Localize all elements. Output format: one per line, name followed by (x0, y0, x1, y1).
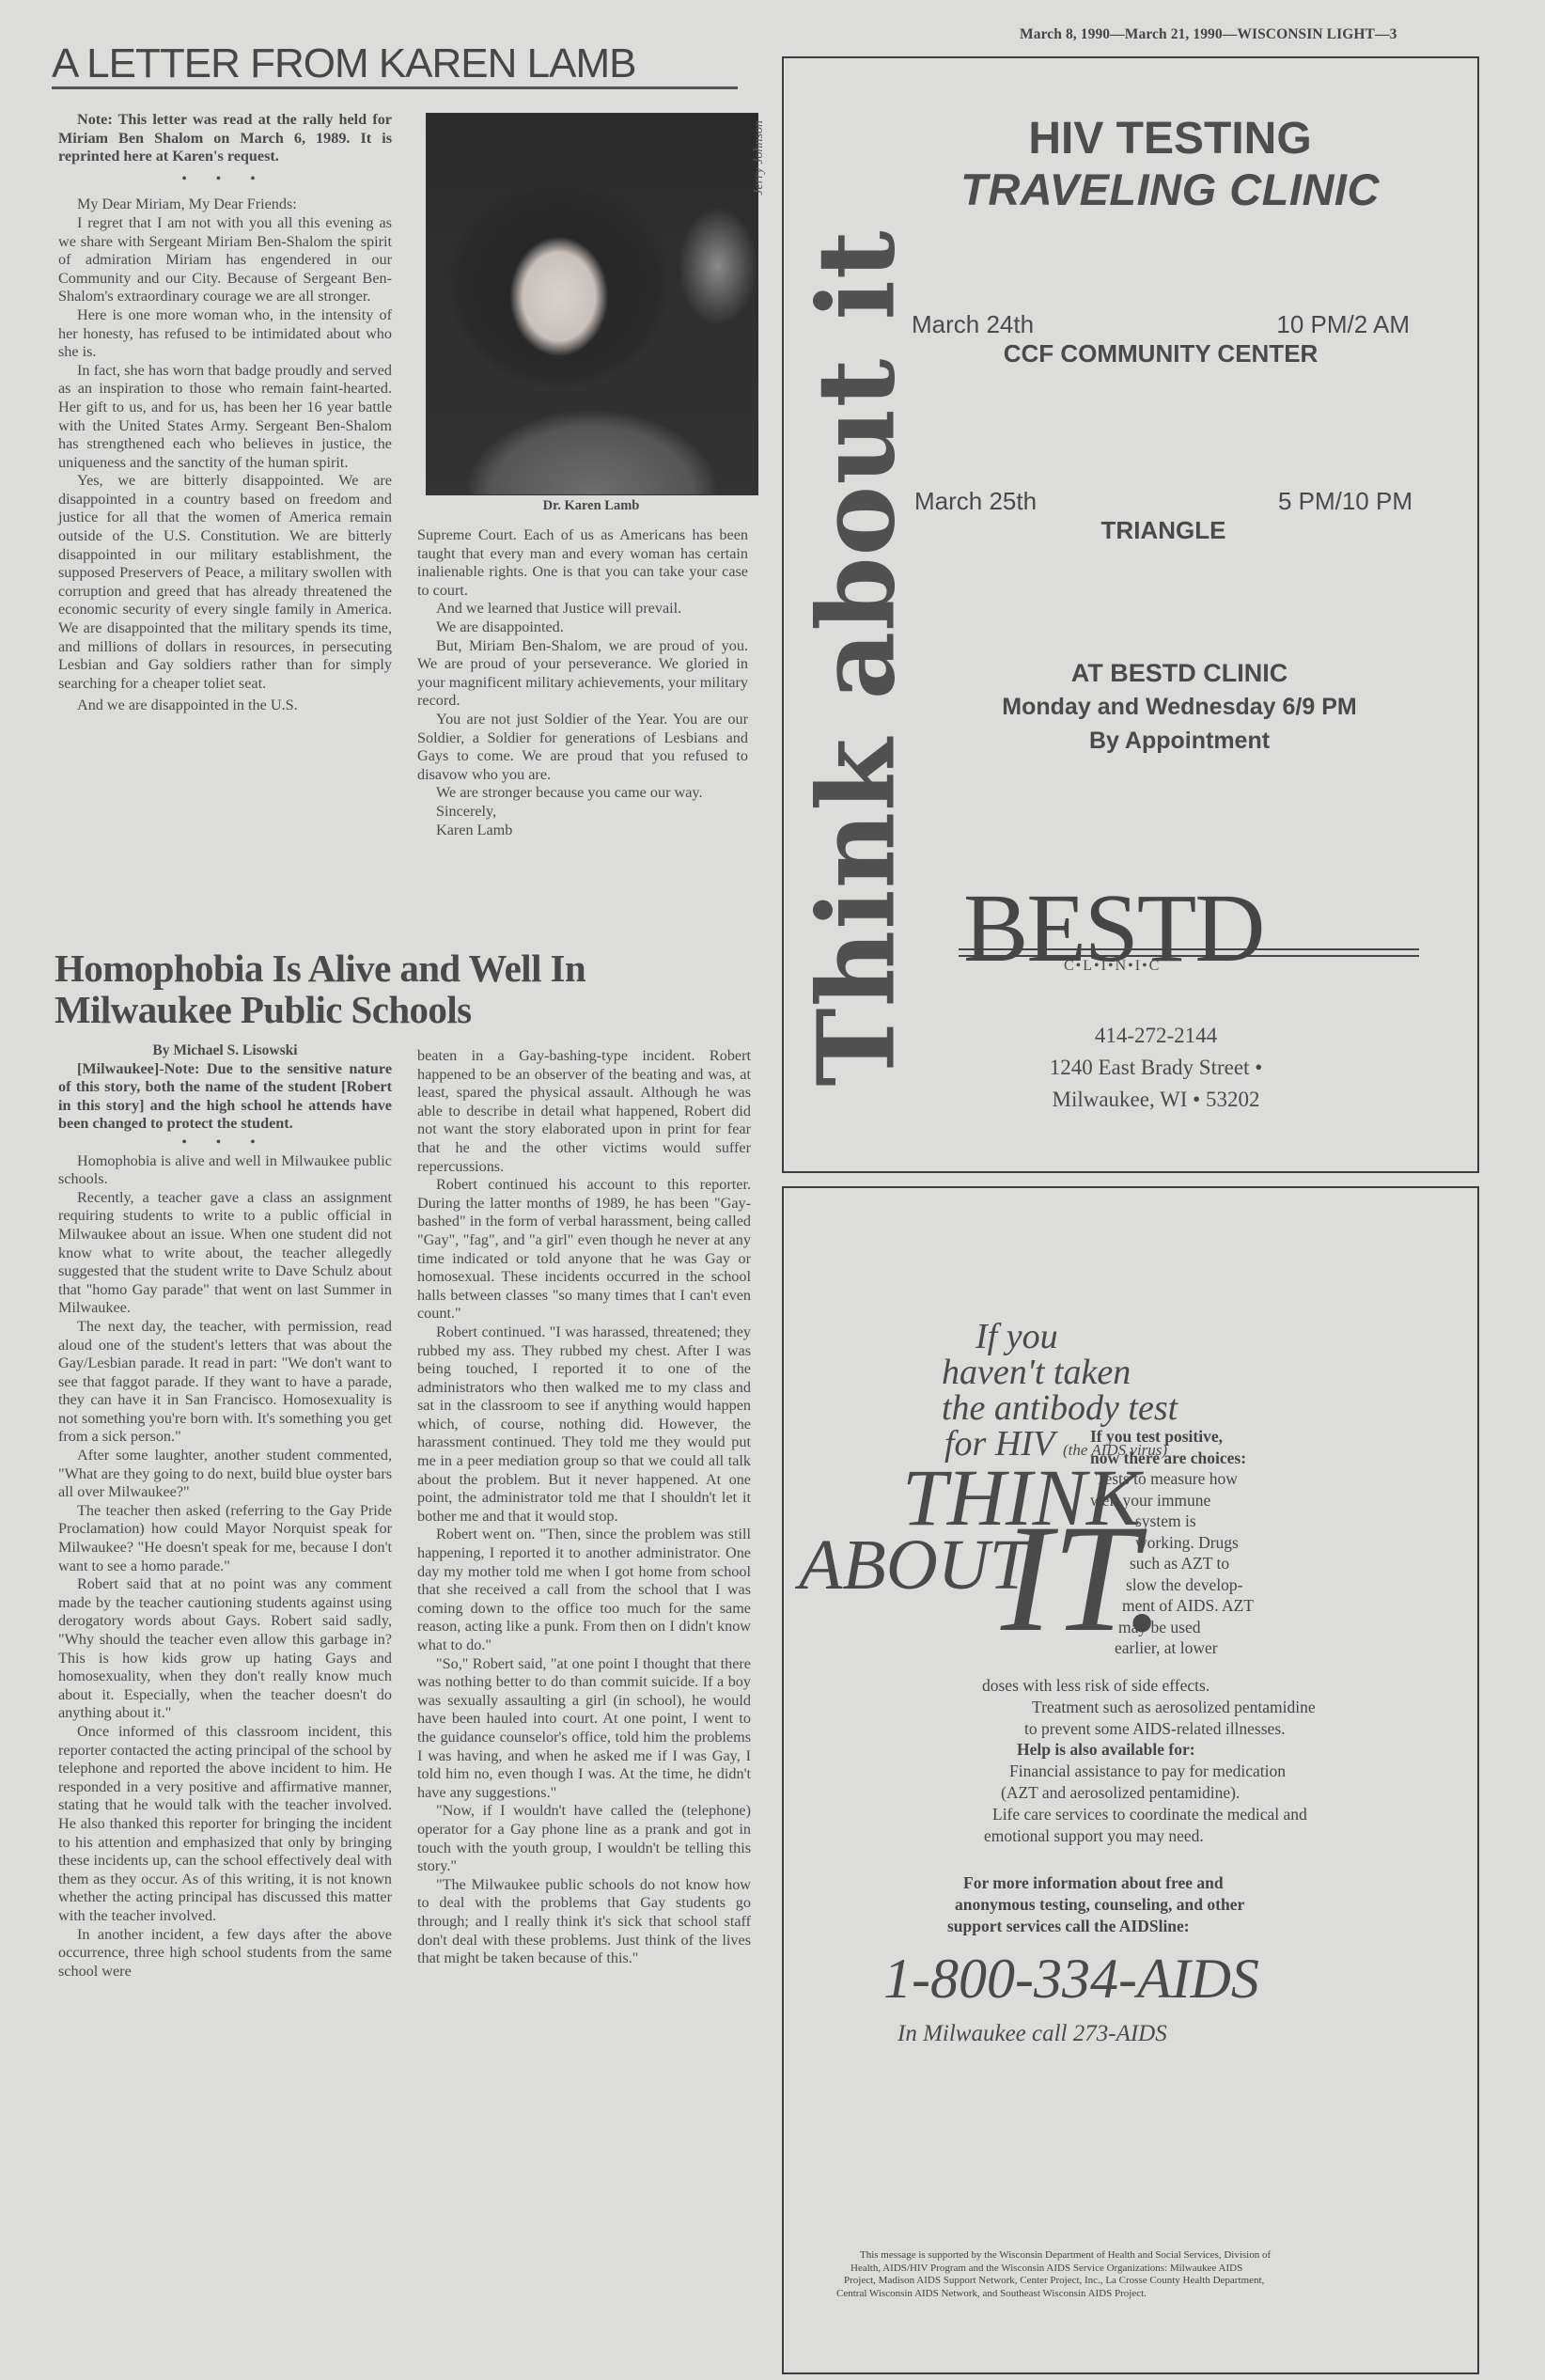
letter-column-2: Supreme Court. Each of us as Americans h… (417, 526, 748, 839)
karen-lamb-photo (426, 113, 758, 495)
event-time: 10 PM/2 AM (1276, 310, 1410, 339)
info-line: For more information about free and (893, 1872, 1363, 1894)
event-location: CCF COMMUNITY CENTER (912, 339, 1410, 368)
article-paragraph: Robert said that at no point was any com… (58, 1575, 392, 1723)
help-line: emotional support you may need. (893, 1825, 1475, 1847)
question-line: the antibody test (893, 1390, 1212, 1426)
sponsor-line: Project, Madison AIDS Support Network, C… (836, 2275, 1457, 2288)
help-line: (AZT and aerosolized pentamidine). (893, 1782, 1475, 1804)
article-paragraph: The next day, the teacher, with permissi… (58, 1318, 392, 1447)
bestd-address-line2: Milwaukee, WI • 53202 (940, 1084, 1372, 1116)
sponsor-note: This message is supported by the Wiscons… (836, 2249, 1457, 2300)
article-headline: Homophobia Is Alive and Well In Milwauke… (55, 947, 769, 1030)
choice-line: working. Drugs (1090, 1532, 1485, 1554)
bestd-phone: 414-272-2144 (940, 1020, 1372, 1052)
sponsor-line: This message is supported by the Wiscons… (836, 2249, 1457, 2263)
positive-heading: now there are choices: (1090, 1448, 1485, 1469)
letter-paragraph: And we are disappointed in the U.S. (58, 697, 392, 715)
choice-line: system is (1090, 1511, 1485, 1532)
help-line: Life care services to coordinate the med… (893, 1804, 1475, 1825)
clinic-appointment-note: By Appointment (930, 724, 1428, 758)
letter-paragraph: I regret that I am not with you all this… (58, 214, 392, 306)
event-time: 5 PM/10 PM (1278, 487, 1412, 516)
hiv-ad-subtitle: TRAVELING CLINIC (930, 165, 1410, 214)
body-line: to prevent some AIDS-related illnesses. (893, 1718, 1475, 1740)
milwaukee-hotline: In Milwaukee call 273-AIDS (897, 2021, 1167, 2047)
page-header: March 8, 1990—March 21, 1990—WISCONSIN L… (1020, 26, 1397, 43)
bestd-contact: 414-272-2144 1240 East Brady Street • Mi… (940, 1020, 1372, 1116)
letter-note: Note: This letter was read at the rally … (58, 111, 392, 166)
letter-paragraph: We are stronger because you came our way… (417, 784, 748, 803)
body-line: Treatment such as aerosolized pentamidin… (893, 1697, 1475, 1718)
article-paragraph: Robert continued his account to this rep… (417, 1176, 751, 1323)
vertical-slogan: Think about it (796, 229, 919, 1086)
info-line: anonymous testing, counseling, and other (893, 1894, 1363, 1916)
body-line: doses with less risk of side effects. (893, 1675, 1475, 1697)
bestd-address-line1: 1240 East Brady Street • (940, 1052, 1372, 1084)
think-about-it-vertical: Think about it (791, 132, 932, 1166)
letter-paragraph: We are disappointed. (417, 618, 748, 637)
letter-paragraph: But, Miriam Ben-Shalom, we are proud of … (417, 637, 748, 711)
choice-line: may be used (1090, 1617, 1485, 1638)
bestd-clinic-hours: AT BESTD CLINIC Monday and Wednesday 6/9… (930, 656, 1428, 758)
logo-rule (959, 948, 1419, 950)
logo-rule (959, 955, 1419, 957)
bestd-logo: BESTD C•L•I•N•I•C (959, 888, 1419, 992)
letter-paragraph: My Dear Miriam, My Dear Friends: (58, 196, 392, 214)
bestd-clinic-label: C•L•I•N•I•C (1064, 958, 1161, 975)
article-column-2: beaten in a Gay-bashing-type incident. R… (417, 1047, 751, 1968)
letter-paragraph: And we learned that Justice will prevail… (417, 600, 748, 618)
separator: • • • (58, 1134, 392, 1152)
help-line: Financial assistance to pay for medicati… (893, 1761, 1475, 1782)
choice-line: ment of AIDS. AZT (1090, 1595, 1485, 1617)
aids-hotline-number: 1-800-334-AIDS (883, 1946, 1259, 2012)
positive-heading: If you test positive, (1090, 1426, 1485, 1448)
about-word: ABOUT (799, 1527, 1029, 1603)
article-paragraph: After some laughter, another student com… (58, 1447, 392, 1502)
aidsline-info: For more information about free and anon… (893, 1872, 1363, 1936)
question-line: haven't taken (893, 1354, 1212, 1390)
separator: • • • (58, 170, 392, 189)
choice-line: earlier, at lower (1090, 1637, 1485, 1659)
letter-paragraph: Yes, we are bitterly disappointed. We ar… (58, 472, 392, 693)
article-paragraph: Recently, a teacher gave a class an assi… (58, 1189, 392, 1318)
letter-paragraph: In fact, she has worn that badge proudly… (58, 362, 392, 473)
article-paragraph: Once informed of this classroom incident… (58, 1723, 392, 1926)
treatment-block: doses with less risk of side effects. Tr… (893, 1675, 1475, 1846)
sponsor-line: Central Wisconsin AIDS Network, and Sout… (836, 2288, 1457, 2301)
article-column-1: By Michael S. Lisowski [Milwaukee]-Note:… (58, 1041, 392, 1981)
help-heading: Help is also available for: (893, 1739, 1475, 1761)
hiv-ad-title: HIV TESTING (940, 115, 1400, 164)
choice-line: such as AZT to (1090, 1553, 1485, 1574)
letter-title: A LETTER FROM KAREN LAMB (52, 41, 738, 89)
event-2: March 25th 5 PM/10 PM TRIANGLE (914, 487, 1412, 545)
choice-line: well your immune (1090, 1490, 1485, 1511)
letter-paragraph: You are not just Soldier of the Year. Yo… (417, 711, 748, 784)
event-date: March 24th (912, 310, 1034, 339)
choice-line: Tests to measure how (1090, 1468, 1485, 1490)
event-1: March 24th 10 PM/2 AM CCF COMMUNITY CENT… (912, 310, 1410, 368)
editor-note: [Milwaukee]-Note: Due to the sensitive n… (58, 1060, 392, 1134)
info-line: support services call the AIDSline: (893, 1916, 1363, 1937)
article-paragraph: "So," Robert said, "at one point I thoug… (417, 1655, 751, 1803)
sponsor-line: Health, AIDS/HIV Program and the Wiscons… (836, 2263, 1457, 2276)
clinic-heading: AT BESTD CLINIC (930, 656, 1428, 690)
letter-signature: Karen Lamb (417, 822, 748, 840)
photo-caption: Dr. Karen Lamb (426, 498, 757, 514)
letter-paragraph: Supreme Court. Each of us as Americans h… (417, 526, 748, 600)
question-line: If you (893, 1319, 1212, 1354)
article-paragraph: Robert went on. "Then, since the problem… (417, 1526, 751, 1654)
choice-line: slow the develop- (1090, 1574, 1485, 1596)
article-paragraph: Robert continued. "I was harassed, threa… (417, 1323, 751, 1527)
letter-paragraph: Here is one more woman who, in the inten… (58, 306, 392, 362)
photo-credit: Jerry Johnson (752, 120, 767, 196)
event-location: TRIANGLE (914, 516, 1412, 545)
clinic-hours: Monday and Wednesday 6/9 PM (930, 690, 1428, 724)
article-paragraph: The teacher then asked (referring to the… (58, 1502, 392, 1575)
letter-signoff: Sincerely, (417, 803, 748, 822)
event-date: March 25th (914, 487, 1037, 516)
article-paragraph: beaten in a Gay-bashing-type incident. R… (417, 1047, 751, 1176)
letter-column-1: Note: This letter was read at the rally … (58, 111, 392, 715)
article-byline: By Michael S. Lisowski (58, 1041, 392, 1060)
article-paragraph: Homophobia is alive and well in Milwauke… (58, 1152, 392, 1189)
article-paragraph: In another incident, a few days after th… (58, 1926, 392, 1981)
choices-block: If you test positive, now there are choi… (1090, 1426, 1485, 1659)
article-paragraph: "Now, if I wouldn't have called the (tel… (417, 1802, 751, 1875)
article-paragraph: "The Milwaukee public schools do not kno… (417, 1876, 751, 1968)
